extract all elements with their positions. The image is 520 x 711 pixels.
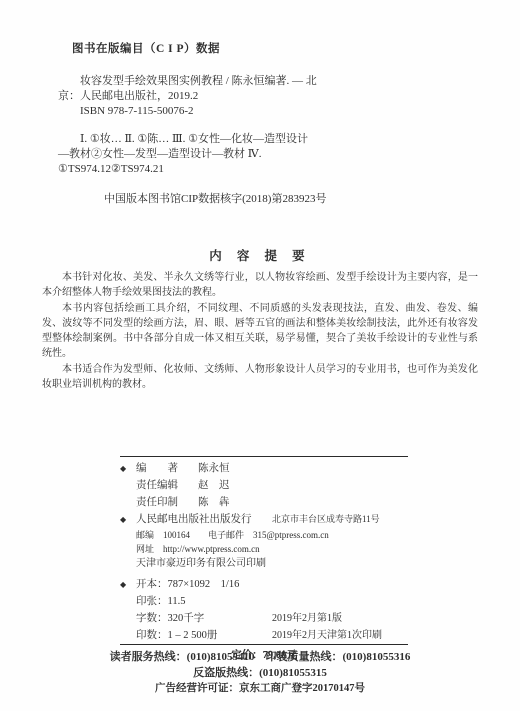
- cip-class-line-2: —教材②女性—发型—造型设计—教材 Ⅳ.: [58, 147, 444, 162]
- credit-row-editor: 责任编辑 赵 迟: [120, 477, 408, 494]
- credit-row-author: ◆ 编 著 陈永恒: [120, 460, 408, 477]
- format-value: 开本：787×1092 1/16: [136, 576, 239, 593]
- print-run-left: 印数：1 – 2 500册: [120, 627, 272, 644]
- copyright-page: 图书在版编目（C I P）数据 妆容发型手绘效果图实例教程 / 陈永恒编著. —…: [0, 0, 520, 711]
- publisher-name: 人民邮电出版社出版发行: [136, 511, 252, 528]
- editor-name: 赵 迟: [188, 477, 230, 494]
- footer-section: 读者服务热线：(010)81055410 印装质量热线：(010)8105531…: [0, 650, 520, 697]
- editor-label: 责任编辑: [136, 477, 188, 494]
- author-label: 编 著: [136, 460, 188, 477]
- publisher-address: 北京市丰台区成寿寺路11号: [272, 511, 408, 528]
- words-left: 字数：320千字: [120, 610, 272, 627]
- print-run-value: 印数：1 – 2 500册: [136, 627, 217, 644]
- edition-date: 2019年2月第1版: [272, 610, 408, 627]
- cip-class-line-1: Ⅰ. ①妆… Ⅱ. ①陈… Ⅲ. ①女性—化妆—造型设计: [58, 132, 444, 147]
- abstract-paragraph-3: 本书适合作为发型师、化妆师、文绣师、人物形象设计人员学习的专业用书，也可作为美发…: [42, 362, 478, 393]
- cip-heading: 图书在版编目（C I P）数据: [72, 42, 444, 57]
- diamond-bullet-icon: ◆: [120, 576, 136, 593]
- postcode-email-line: 邮编 100164 电子邮件 315@ptpress.com.cn: [120, 528, 408, 542]
- ad-license-line: 广告经营许可证：京东工商广登字20170147号: [0, 681, 520, 697]
- abstract-heading: 内 容 提 要: [0, 246, 520, 264]
- cip-entry-line-1: 妆容发型手绘效果图实例教程 / 陈永恒编著. — 北: [58, 74, 444, 89]
- cip-isbn: ISBN 978-7-115-50076-2: [58, 104, 444, 119]
- sheets-value: 印张：11.5: [136, 593, 186, 610]
- credit-row-print-supervisor: 责任印制 陈 犇: [120, 494, 408, 511]
- publisher-row: ◆ 人民邮电出版社出版发行 北京市丰台区成寿寺路11号: [120, 511, 408, 528]
- colophon-bottom-rule: [120, 644, 408, 645]
- diamond-bullet-icon: ◆: [120, 460, 136, 477]
- website-line: 网址 http://www.ptpress.com.cn: [120, 542, 408, 556]
- colophon-section: ◆ 编 著 陈永恒 责任编辑 赵 迟 责任印制 陈 犇 ◆ 人民邮电出版社出版发…: [120, 456, 408, 666]
- publisher-left: ◆ 人民邮电出版社出版发行: [120, 511, 272, 528]
- words-value: 字数：320千字: [136, 610, 204, 627]
- cip-class-line-3: ①TS974.12②TS974.21: [58, 162, 444, 177]
- print-supervisor-name: 陈 犇: [188, 494, 230, 511]
- impression-date: 2019年2月天津第1次印刷: [272, 627, 408, 644]
- abstract-paragraph-2: 本书内容包括绘画工具介绍，不同纹理、不同质感的头发表现技法，直发、曲发、卷发、编…: [42, 301, 478, 362]
- cip-entry-line-2: 京：人民邮电出版社，2019.2: [58, 89, 444, 104]
- print-supervisor-label: 责任印制: [136, 494, 188, 511]
- cip-registry-number: 中国版本图书馆CIP数据核字(2018)第283923号: [58, 192, 444, 207]
- format-row: ◆ 开本：787×1092 1/16: [120, 576, 408, 593]
- cip-section: 图书在版编目（C I P）数据 妆容发型手绘效果图实例教程 / 陈永恒编著. —…: [58, 42, 444, 207]
- abstract-paragraph-1: 本书针对化妆、美发、半永久文绣等行业，以人物妆容绘画、发型手绘设计为主要内容，是…: [42, 270, 478, 301]
- sheets-row: 印张：11.5: [120, 593, 408, 610]
- printer-line: 天津市豪迈印务有限公司印刷: [120, 556, 408, 572]
- anti-piracy-hotline-line: 反盗版热线：(010)81055315: [0, 666, 520, 682]
- words-row: 字数：320千字 2019年2月第1版: [120, 610, 408, 627]
- diamond-bullet-icon: ◆: [120, 511, 136, 528]
- author-name: 陈永恒: [188, 460, 230, 477]
- print-run-row: 印数：1 – 2 500册 2019年2月天津第1次印刷: [120, 627, 408, 644]
- colophon-top-rule: [120, 456, 408, 457]
- service-hotline-line: 读者服务热线：(010)81055410 印装质量热线：(010)8105531…: [0, 650, 520, 666]
- abstract-section: 本书针对化妆、美发、半永久文绣等行业，以人物妆容绘画、发型手绘设计为主要内容，是…: [42, 270, 478, 392]
